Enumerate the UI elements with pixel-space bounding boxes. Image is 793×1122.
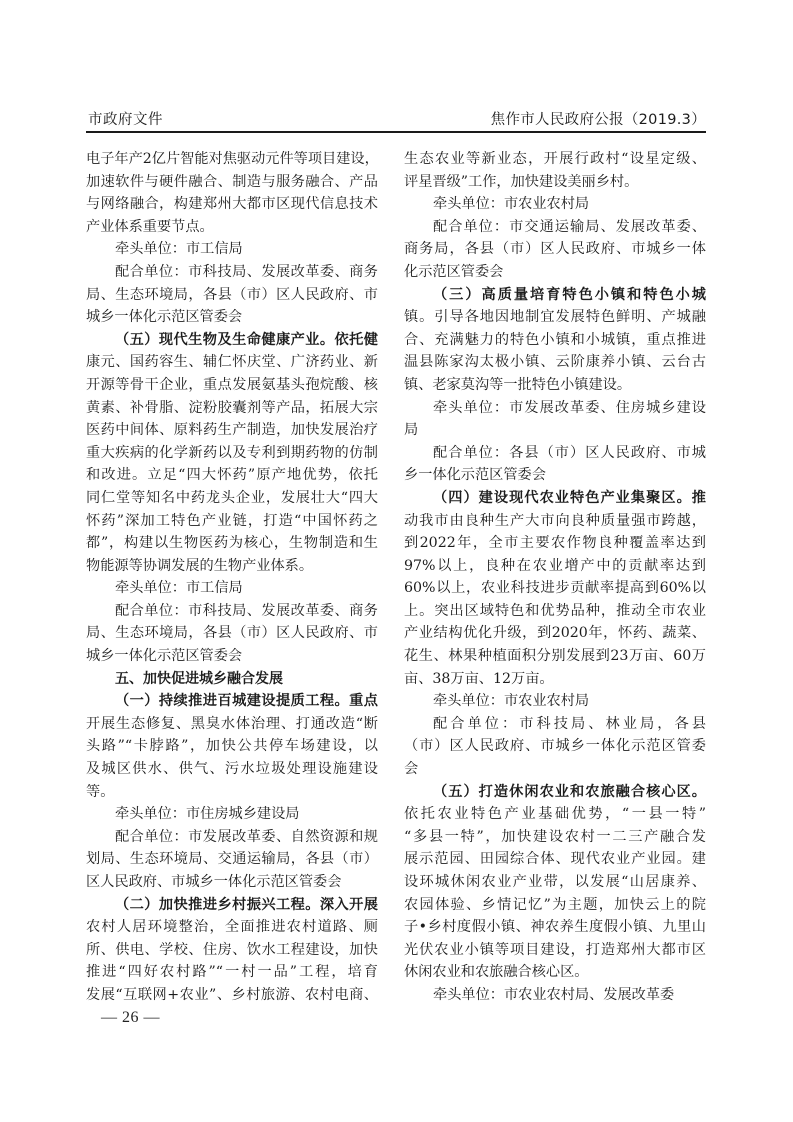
right-column-line: 97%以上，良种在农业增产中的贡献率达到 — [404, 555, 706, 578]
right-column-line: （三）高质量培育特色小镇和特色小城 — [404, 284, 706, 307]
left-column-line: 开展生态修复、黑臭水体治理、打通改造“断 — [86, 713, 378, 736]
left-column-line: 发展“互联网+农业”、乡村旅游、农村电商、 — [86, 984, 378, 1007]
left-column-line: 配合单位：市发展改革委、自然资源和规 — [86, 826, 378, 849]
right-column-line: 配合单位：市交通运输局、发展改革委、 — [404, 216, 706, 239]
left-column-line: 康元、国药容生、辅仁怀庆堂、广济药业、新 — [86, 351, 378, 374]
right-column-line: 设环城休闲农业产业带，以发展“山居康养、 — [404, 871, 706, 894]
right-column-line: 到2022年，全市主要农作物良种覆盖率达到 — [404, 532, 706, 555]
left-column-line: 牵头单位：市工信局 — [86, 238, 378, 261]
right-column-line: 商务局，各县（市）区人民政府、市城乡一体 — [404, 238, 706, 261]
right-column-line: 动我市由良种生产大市向良种质量强市跨越， — [404, 510, 706, 533]
left-column-line: 城乡一体化示范区管委会 — [86, 645, 378, 668]
right-column-line: 生态农业等新业态，开展行政村“设星定级、 — [404, 148, 706, 171]
left-column-line: 所、供电、学校、住房、饮水工程建设，加快 — [86, 939, 378, 962]
left-column-line: 牵头单位：市住房城乡建设局 — [86, 803, 378, 826]
left-column-line: 区人民政府、市城乡一体化示范区管委会 — [86, 871, 378, 894]
left-column-line: 医药中间体、原料药生产制造，加快发展治疗 — [86, 419, 378, 442]
left-column-line: 和改进。立足“四大怀药”原产地优势，依托 — [86, 464, 378, 487]
left-column-line: 农村人居环境整治，全面推进农村道路、厕 — [86, 916, 378, 939]
right-column-line: 会 — [404, 758, 706, 781]
left-column-line: 与网络融合，构建郑州大都市区现代信息技术 — [86, 193, 378, 216]
left-column-line: 怀药”深加工特色产业链，打造“中国怀药之 — [86, 510, 378, 533]
left-column-line: 城乡一体化示范区管委会 — [86, 306, 378, 329]
left-column-line: 重大疾病的化学新药以及专利到期药物的仿制 — [86, 442, 378, 465]
right-column-line: 牵头单位：市农业农村局、发展改革委 — [404, 984, 706, 1007]
right-column-line: 花生、林果种植面积分别发展到23万亩、60万 — [404, 645, 706, 668]
left-column-line: 配合单位：市科技局、发展改革委、商务 — [86, 600, 378, 623]
left-column-line: 等。 — [86, 781, 378, 804]
left-column-line: 五、加快促进城乡融合发展 — [86, 668, 378, 691]
right-column-line: 镇。引导各地因地制宜发展特色鲜明、产城融 — [404, 306, 706, 329]
left-column-line: 产业体系重要节点。 — [86, 216, 378, 239]
header-rule — [86, 131, 706, 133]
right-column-line: 光伏农业小镇等项目建设，打造郑州大都市区 — [404, 939, 706, 962]
left-column-line: （五）现代生物及生命健康产业。依托健 — [86, 329, 378, 352]
right-column-line: 展示范园、田园综合体、现代农业产业园。建 — [404, 848, 706, 871]
left-column-line: （二）加快推进乡村振兴工程。深入开展 — [86, 894, 378, 917]
right-column-line: 配合单位：各县（市）区人民政府、市城 — [404, 442, 706, 465]
left-column-line: 划局、生态环境局、交通运输局，各县（市） — [86, 848, 378, 871]
page-number: — 26 — — [101, 1009, 160, 1027]
right-column-line: （四）建设现代农业特色产业集聚区。推 — [404, 487, 706, 510]
left-column-line: 牵头单位：市工信局 — [86, 577, 378, 600]
left-column: 电子年产2亿片智能对焦驱动元件等项目建设，加速软件与硬件融合、制造与服务融合、产… — [86, 148, 378, 1007]
left-column-line: 局、生态环境局，各县（市）区人民政府、市 — [86, 284, 378, 307]
left-column-line: 配合单位：市科技局、发展改革委、商务 — [86, 261, 378, 284]
right-column-line: 休闲农业和农旅融合核心区。 — [404, 961, 706, 984]
left-column-line: 局、生态环境局，各县（市）区人民政府、市 — [86, 622, 378, 645]
section-label: 市政府文件 — [88, 108, 163, 129]
right-column-line: 依托农业特色产业基础优势，“一县一特” — [404, 803, 706, 826]
right-column-line: 亩、38万亩、12万亩。 — [404, 668, 706, 691]
right-column-line: 合、充满魅力的特色小镇和小城镇，重点推进 — [404, 329, 706, 352]
right-column-line: 温县陈家沟太极小镇、云阶康养小镇、云台古 — [404, 351, 706, 374]
right-column-line: 评星晋级”工作，加快建设美丽乡村。 — [404, 171, 706, 194]
right-column-line: 配合单位：市科技局、林业局，各县 — [404, 713, 706, 736]
right-column-line: 产业结构优化升级，到2020年，怀药、蔬菜、 — [404, 622, 706, 645]
right-column-line: 农园体验、乡情记忆”为主题，加快云上的院 — [404, 894, 706, 917]
right-column-line: 镇、老家莫沟等一批特色小镇建设。 — [404, 374, 706, 397]
right-column: 生态农业等新业态，开展行政村“设星定级、评星晋级”工作，加快建设美丽乡村。牵头单… — [404, 148, 706, 1007]
right-column-line: 局 — [404, 419, 706, 442]
right-column-line: 60%以上，农业科技进步贡献率提高到60%以 — [404, 577, 706, 600]
right-column-line: （市）区人民政府、市城乡一体化示范区管委 — [404, 735, 706, 758]
left-column-line: 头路”“卡脖路”，加快公共停车场建设，以 — [86, 735, 378, 758]
left-column-line: 同仁堂等知名中药龙头企业，发展壮大“四大 — [86, 487, 378, 510]
right-column-line: 化示范区管委会 — [404, 261, 706, 284]
left-column-line: 开源等骨干企业，重点发展氨基头孢烷酸、核 — [86, 374, 378, 397]
right-column-line: 子•乡村度假小镇、神农养生度假小镇、九里山 — [404, 916, 706, 939]
left-column-line: 黄素、补骨脂、淀粉胶囊剂等产品，拓展大宗 — [86, 397, 378, 420]
right-column-line: “多县一特”，加快建设农村一二三产融合发 — [404, 826, 706, 849]
running-header: 市政府文件 焦作市人民政府公报（2019.3） — [86, 104, 706, 132]
right-column-line: 乡一体化示范区管委会 — [404, 464, 706, 487]
left-column-line: 电子年产2亿片智能对焦驱动元件等项目建设， — [86, 148, 378, 171]
right-column-line: 牵头单位：市农业农村局 — [404, 690, 706, 713]
left-column-line: 加速软件与硬件融合、制造与服务融合、产品 — [86, 171, 378, 194]
left-column-line: 及城区供水、供气、污水垃圾处理设施建设 — [86, 758, 378, 781]
publication-title: 焦作市人民政府公报（2019.3） — [491, 108, 706, 129]
right-column-line: （五）打造休闲农业和农旅融合核心区。 — [404, 781, 706, 804]
left-column-line: 物能源等协调发展的生物产业体系。 — [86, 555, 378, 578]
right-column-line: 牵头单位：市农业农村局 — [404, 193, 706, 216]
right-column-line: 上。突出区域特色和优势品种，推动全市农业 — [404, 600, 706, 623]
left-column-line: （一）持续推进百城建设提质工程。重点 — [86, 690, 378, 713]
left-column-line: 都”，构建以生物医药为核心，生物制造和生 — [86, 532, 378, 555]
right-column-line: 牵头单位：市发展改革委、住房城乡建设 — [404, 397, 706, 420]
left-column-line: 推进“四好农村路”“一村一品”工程，培育 — [86, 961, 378, 984]
